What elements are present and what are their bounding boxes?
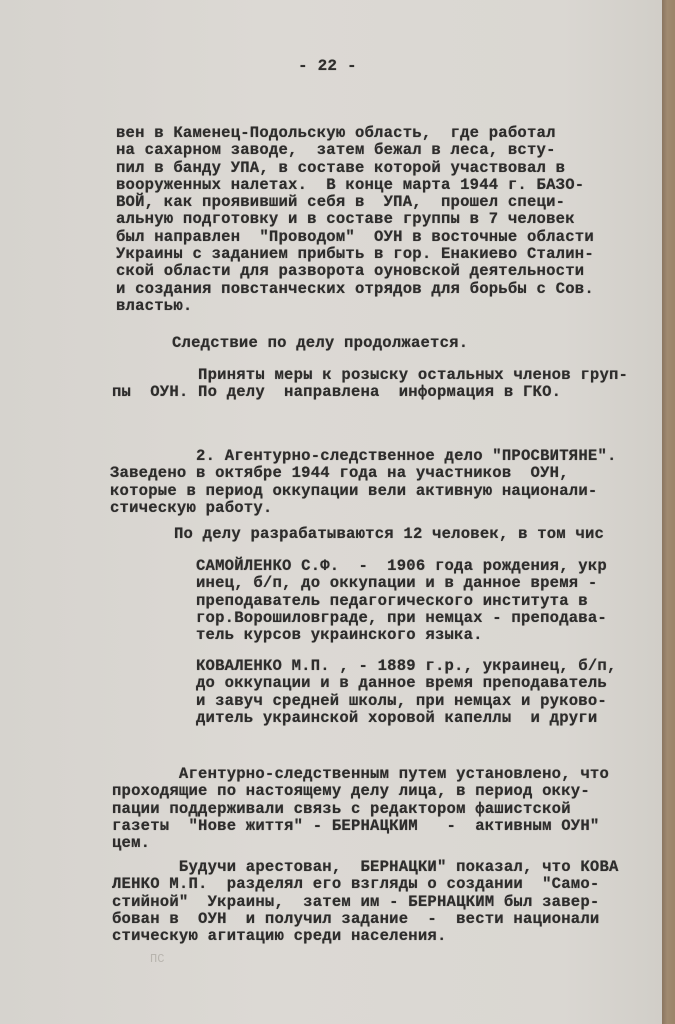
paragraph-kovalenko: КОВАЛЕНКО М.П. , - 1889 г.р., украинец, … — [196, 658, 617, 727]
paragraph-search-measures: Приняты меры к розыску остальных членов … — [112, 367, 628, 402]
paragraph-case-persons-count: По делу разрабатываются 12 человек, в то… — [174, 526, 604, 543]
paragraph-bernatsky-testimony: Будучи арестован, БЕРНАЦКИ" показал, что… — [112, 859, 619, 945]
paragraph-bazovoy-upa: вен в Каменец-Подольскую область, где ра… — [116, 125, 594, 315]
faint-mark: ПС — [150, 952, 164, 966]
document-page: - 22 - вен в Каменец-Подольскую область,… — [0, 0, 662, 1024]
page-number: - 22 - — [298, 58, 357, 75]
paragraph-samoylenko: САМОЙЛЕНКО С.Ф. - 1906 года рождения, ук… — [196, 558, 607, 644]
page-edge-background — [662, 0, 675, 1024]
paragraph-investigation-continues: Следствие по делу продолжается. — [172, 335, 468, 352]
paragraph-bernatsky-link: Агентурно-следственным путем установлено… — [112, 766, 609, 852]
paragraph-case-prosvityane: 2. Агентурно-следственное дело "ПРОСВИТЯ… — [110, 448, 617, 517]
